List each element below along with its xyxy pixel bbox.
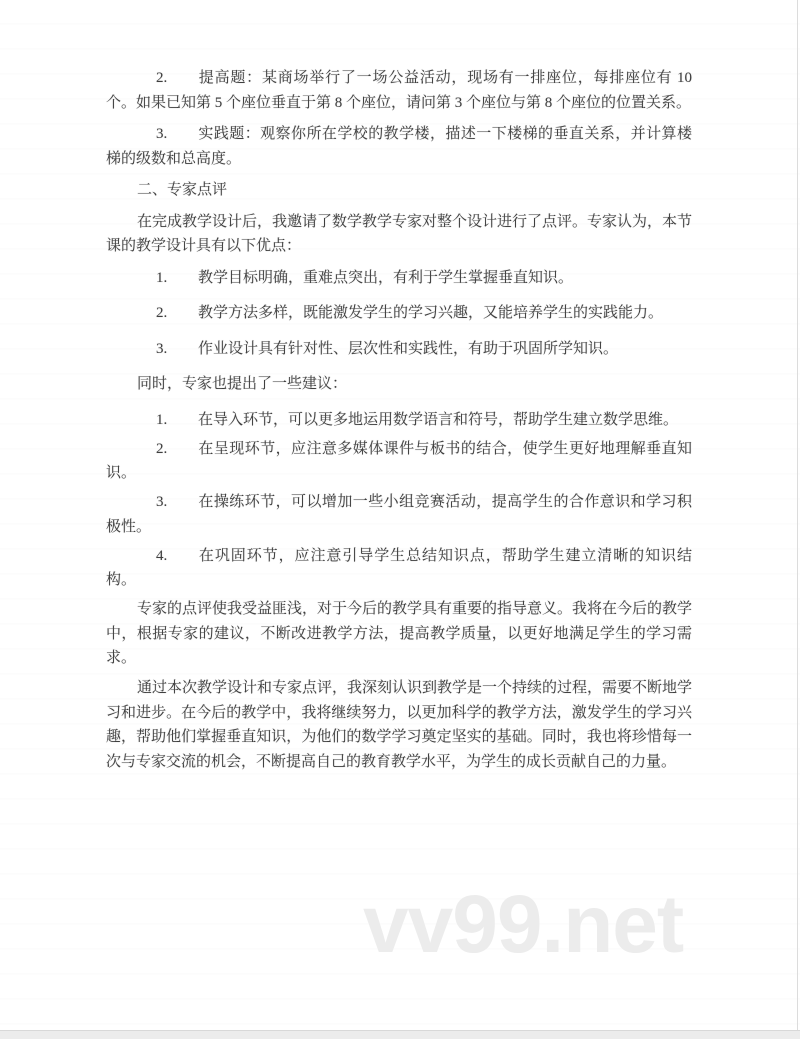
watermark: vv99.net	[363, 884, 683, 966]
strength-item: 2.教学方法多样，既能激发学生的学习兴趣，又能培养学生的实践能力。	[106, 301, 692, 326]
document-body: 2.提高题：某商场举行了一场公益活动，现场有一排座位，每排座位有 10 个。如果…	[106, 66, 692, 780]
document-page: 2.提高题：某商场举行了一场公益活动，现场有一排座位，每排座位有 10 个。如果…	[0, 0, 800, 1039]
section-heading: 二、专家点评	[106, 178, 692, 203]
list-number: 2.	[156, 437, 198, 462]
suggestion-item: 2.在呈现环节，应注意多媒体课件与板书的结合，使学生更好地理解垂直知识。	[106, 437, 692, 486]
strength-item: 3.作业设计具有针对性、层次性和实践性，有助于巩固所学知识。	[106, 337, 692, 362]
bottom-strip	[0, 1030, 800, 1039]
list-number: 3.	[156, 122, 198, 147]
page-edge-line	[797, 0, 798, 1039]
list-number: 3.	[156, 337, 198, 362]
list-number: 2.	[156, 66, 198, 91]
list-number: 4.	[156, 544, 198, 569]
suggestion-item: 3.在操练环节，可以增加一些小组竞赛活动，提高学生的合作意识和学习积极性。	[106, 490, 692, 539]
list-number: 2.	[156, 301, 198, 326]
strength-item-text: 教学目标明确，重难点突出，有利于学生掌握垂直知识。	[198, 270, 573, 286]
suggestion-item: 1.在导入环节，可以更多地运用数学语言和符号，帮助学生建立数学思维。	[106, 408, 692, 433]
list-number: 1.	[156, 408, 198, 433]
reflection-paragraph: 专家的点评使我受益匪浅，对于今后的教学具有重要的指导意义。我将在今后的教学中，根…	[106, 597, 692, 671]
reflection-paragraph: 通过本次教学设计和专家点评，我深刻认识到教学是一个持续的过程，需要不断地学习和进…	[106, 676, 692, 774]
strength-item: 1.教学目标明确，重难点突出，有利于学生掌握垂直知识。	[106, 266, 692, 291]
intro-paragraph: 在完成教学设计后，我邀请了数学教学专家对整个设计进行了点评。专家认为，本节课的教…	[106, 210, 692, 259]
exercise-item: 3.实践题：观察你所在学校的教学楼，描述一下楼梯的垂直关系，并计算楼梯的级数和总…	[106, 122, 692, 171]
suggestion-item: 4.在巩固环节，应注意引导学生总结知识点，帮助学生建立清晰的知识结构。	[106, 544, 692, 593]
suggestion-item-text: 在导入环节，可以更多地运用数学语言和符号，帮助学生建立数学思维。	[198, 412, 678, 428]
strength-item-text: 作业设计具有针对性、层次性和实践性，有助于巩固所学知识。	[198, 341, 618, 357]
suggestions-lead: 同时，专家也提出了一些建议：	[106, 372, 692, 397]
strength-item-text: 教学方法多样，既能激发学生的学习兴趣，又能培养学生的实践能力。	[198, 305, 663, 321]
list-number: 3.	[156, 490, 198, 515]
list-number: 1.	[156, 266, 198, 291]
exercise-item: 2.提高题：某商场举行了一场公益活动，现场有一排座位，每排座位有 10 个。如果…	[106, 66, 692, 115]
